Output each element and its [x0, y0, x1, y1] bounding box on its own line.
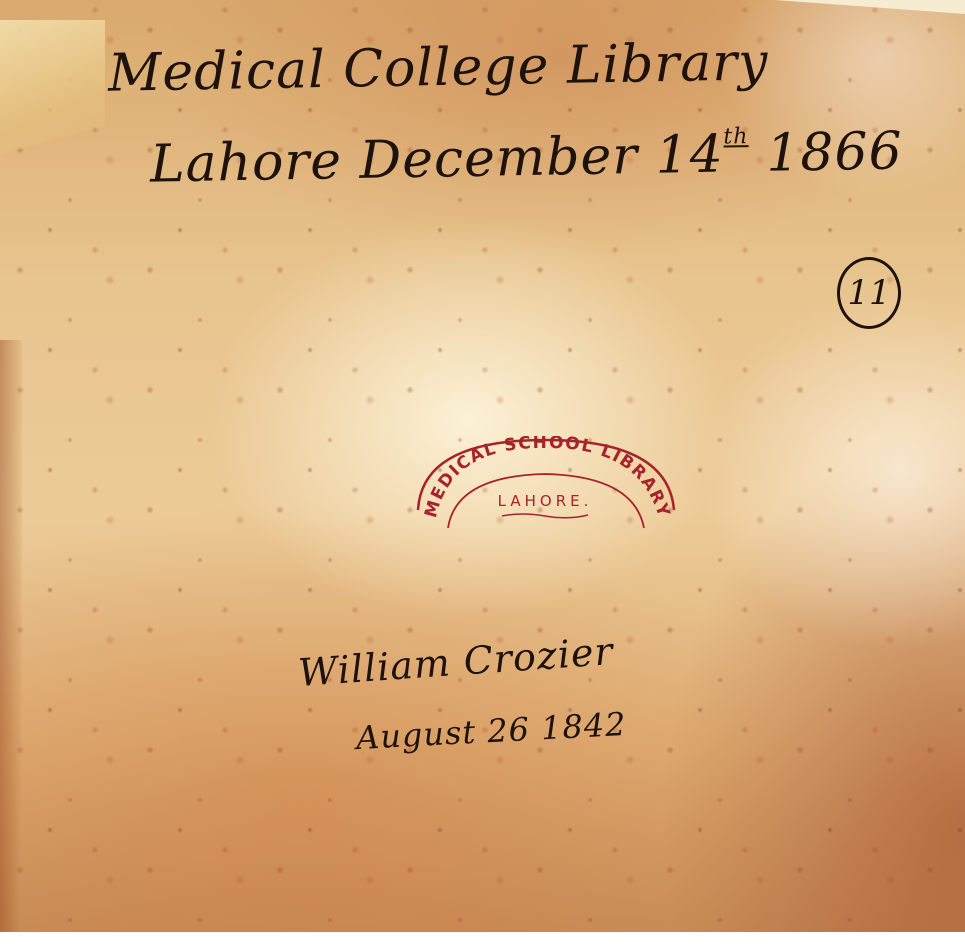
inscription-library-name: Medical College Library — [108, 32, 769, 104]
library-stamp: MEDICAL SCHOOL LIBRARY LAHORE. — [412, 436, 678, 544]
book-page: Medical College Library Lahore December … — [0, 0, 965, 932]
library-stamp-icon: MEDICAL SCHOOL LIBRARY LAHORE. — [412, 436, 678, 544]
shelf-mark-circled-number: 11 — [837, 257, 901, 329]
inscription-place-day: Lahore December 14 — [150, 125, 725, 195]
inscription-year: 1866 — [766, 121, 903, 183]
stamp-inner-text: LAHORE. — [498, 492, 593, 510]
inscription-ordinal: th — [723, 124, 748, 149]
inscription-year-sep — [748, 124, 767, 184]
shelf-mark-number: 11 — [847, 273, 890, 313]
binding-fold — [0, 340, 22, 932]
